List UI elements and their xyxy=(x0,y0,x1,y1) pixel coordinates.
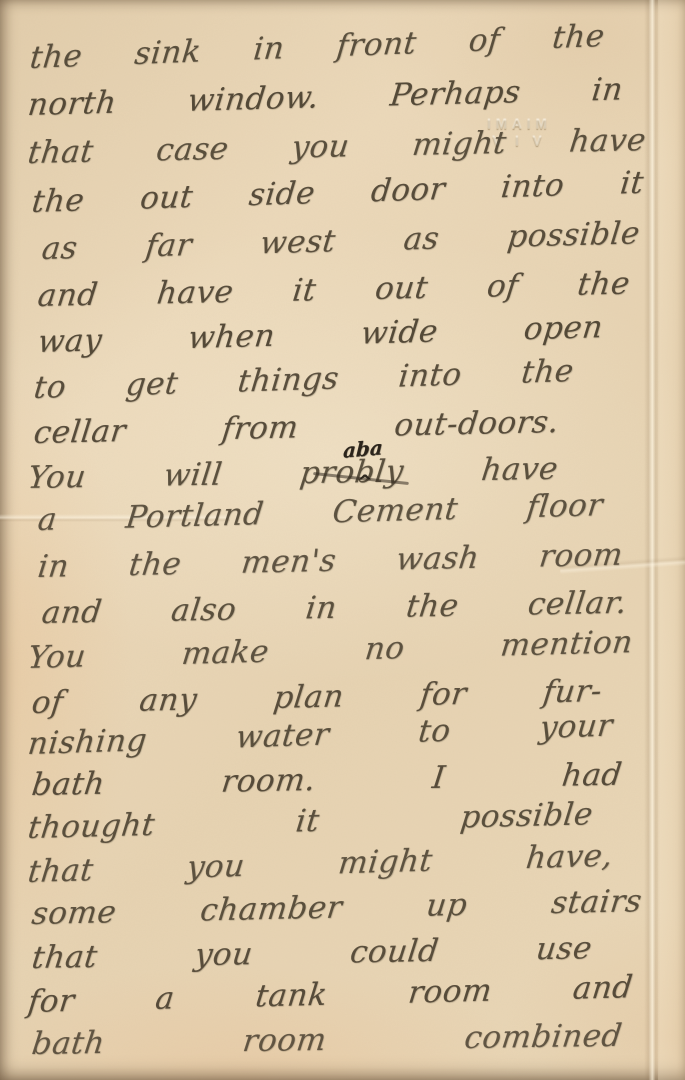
handwriting-line-9: cellar from out-doors. xyxy=(32,402,562,453)
insertion-caret-icon: ^ xyxy=(357,471,373,493)
handwriting-line-1: the sink in front of the xyxy=(28,16,607,78)
handwriting-line-4: the out side door into it xyxy=(30,163,646,222)
handwriting-line-12: in the men's wash room xyxy=(36,535,626,587)
paper-right-margin-strip xyxy=(658,0,685,1080)
handwriting-line-5: as far west as possible xyxy=(40,213,642,269)
vertical-fold-crease xyxy=(644,0,660,1080)
handwriting-line-23: bath room combined xyxy=(29,1016,624,1064)
letter-page: IMAIM V I V the sink in front of thenort… xyxy=(0,0,685,1080)
handwriting-line-2: north window. Perhaps in xyxy=(26,69,625,125)
insertion-text: aba xyxy=(342,435,383,463)
